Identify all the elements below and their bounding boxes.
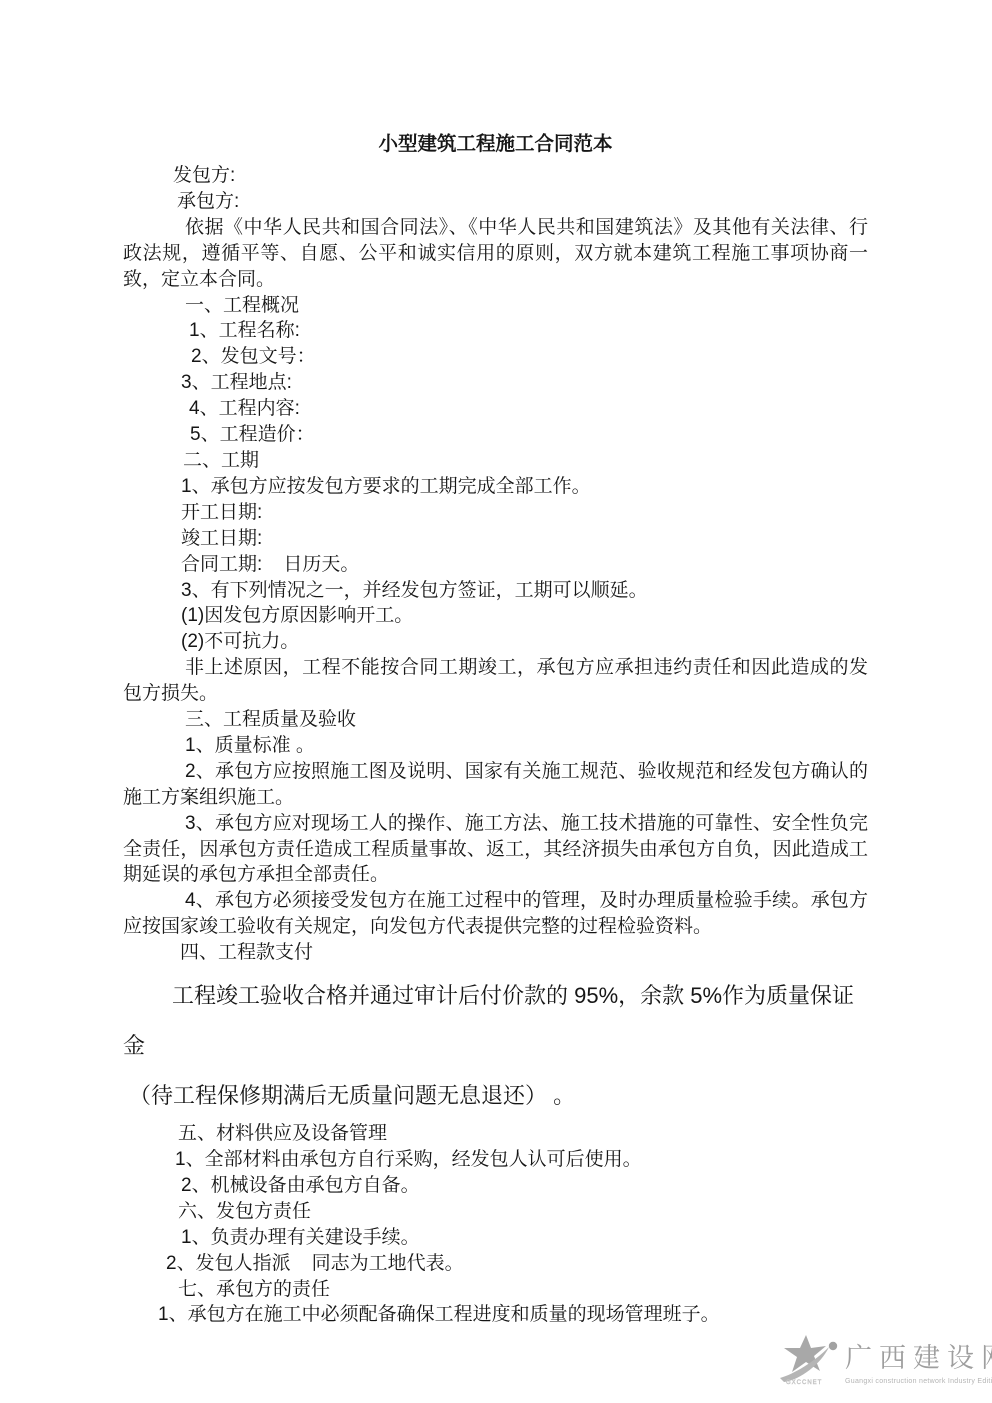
quality-item-2: 2、承包方应按照施工图及说明、国家有关施工规范、验收规范和经发包方确认的施工方案… [123,759,868,811]
schedule-item-1: 1、承包方应按发包方要求的工期完成全部工作。 [123,474,868,500]
contract-document-page: 小型建筑工程施工合同范本 发包方: 承包方: 依据《中华人民共和国合同法》、《中… [0,0,992,1403]
start-date-line: 开工日期: [123,500,868,526]
contract-duration-line: 合同工期: 日历天。 [123,552,868,578]
project-cost-line: 5、工程造价： [123,422,868,448]
document-title: 小型建筑工程施工合同范本 [123,131,868,157]
watermark-tagline: Guangxi construction network Industry Ed… [845,1378,992,1385]
materials-item-2: 2、机械设备由承包方自备。 [123,1173,868,1199]
employer-duty-1: 1、负责办理有关建设手续。 [123,1225,868,1251]
star-logo-icon: GXCCNET [778,1334,840,1396]
payment-terms-line-1: 工程竣工验收合格并通过审计后付价款的 95%，余款 5%作为质量保证金 [123,971,868,1071]
preamble-paragraph: 依据《中华人民共和国合同法》、《中华人民共和国建筑法》及其他有关法律、行政法规，… [123,215,868,293]
breach-liability-paragraph: 非上述原因，工程不能按合同工期竣工，承包方应承担违约责任和因此造成的发包方损失。 [123,655,868,707]
section-4-heading: 四、工程款支付 [123,940,868,966]
delay-cause-1: (1)因发包方原因影响开工。 [123,603,868,629]
star-logo-caption: GXCCNET [786,1380,822,1386]
schedule-item-3: 3、有下列情况之一，并经发包方签证，工期可以顺延。 [123,578,868,604]
section-6-heading: 六、发包方责任 [123,1199,868,1225]
payment-terms-line-2: （待工程保修期满后无质量问题无息退还） 。 [123,1071,868,1121]
project-location-line: 3、工程地点: [123,370,868,396]
party-a-label: 发包方: [123,163,868,189]
section-5-heading: 五、材料供应及设备管理 [123,1121,868,1147]
section-1-heading: 一、工程概况 [123,293,868,319]
watermark-text-block: 广西建设网 Guangxi construction network Indus… [845,1334,992,1385]
delay-cause-2: (2)不可抗力。 [123,629,868,655]
project-name-line: 1、工程名称: [123,318,868,344]
section-3-heading: 三、工程质量及验收 [123,707,868,733]
employer-duty-2: 2、发包人指派 同志为工地代表。 [123,1251,868,1277]
materials-item-1: 1、全部材料由承包方自行采购，经发包人认可后使用。 [123,1147,868,1173]
contract-issue-number-line: 2、发包文号： [123,344,868,370]
completion-date-line: 竣工日期: [123,526,868,552]
site-watermark: GXCCNET 广西建设网 Guangxi construction netwo… [778,1334,992,1400]
contractor-duty-1: 1、承包方在施工中必须配备确保工程进度和质量的现场管理班子。 [123,1302,868,1328]
quality-standard-line: 1、质量标准 。 [123,733,868,759]
watermark-site-name: 广西建设网 [845,1343,992,1375]
section-2-heading: 二、工期 [123,448,868,474]
party-b-label: 承包方: [123,189,868,215]
section-7-heading: 七、承包方的责任 [123,1277,868,1303]
project-content-line: 4、工程内容: [123,396,868,422]
quality-item-4: 4、承包方必须接受发包方在施工过程中的管理，及时办理质量检验手续。承包方应按国家… [123,888,868,940]
quality-item-3: 3、承包方应对现场工人的操作、施工方法、施工技术措施的可靠性、安全性负完全责任，… [123,811,868,889]
